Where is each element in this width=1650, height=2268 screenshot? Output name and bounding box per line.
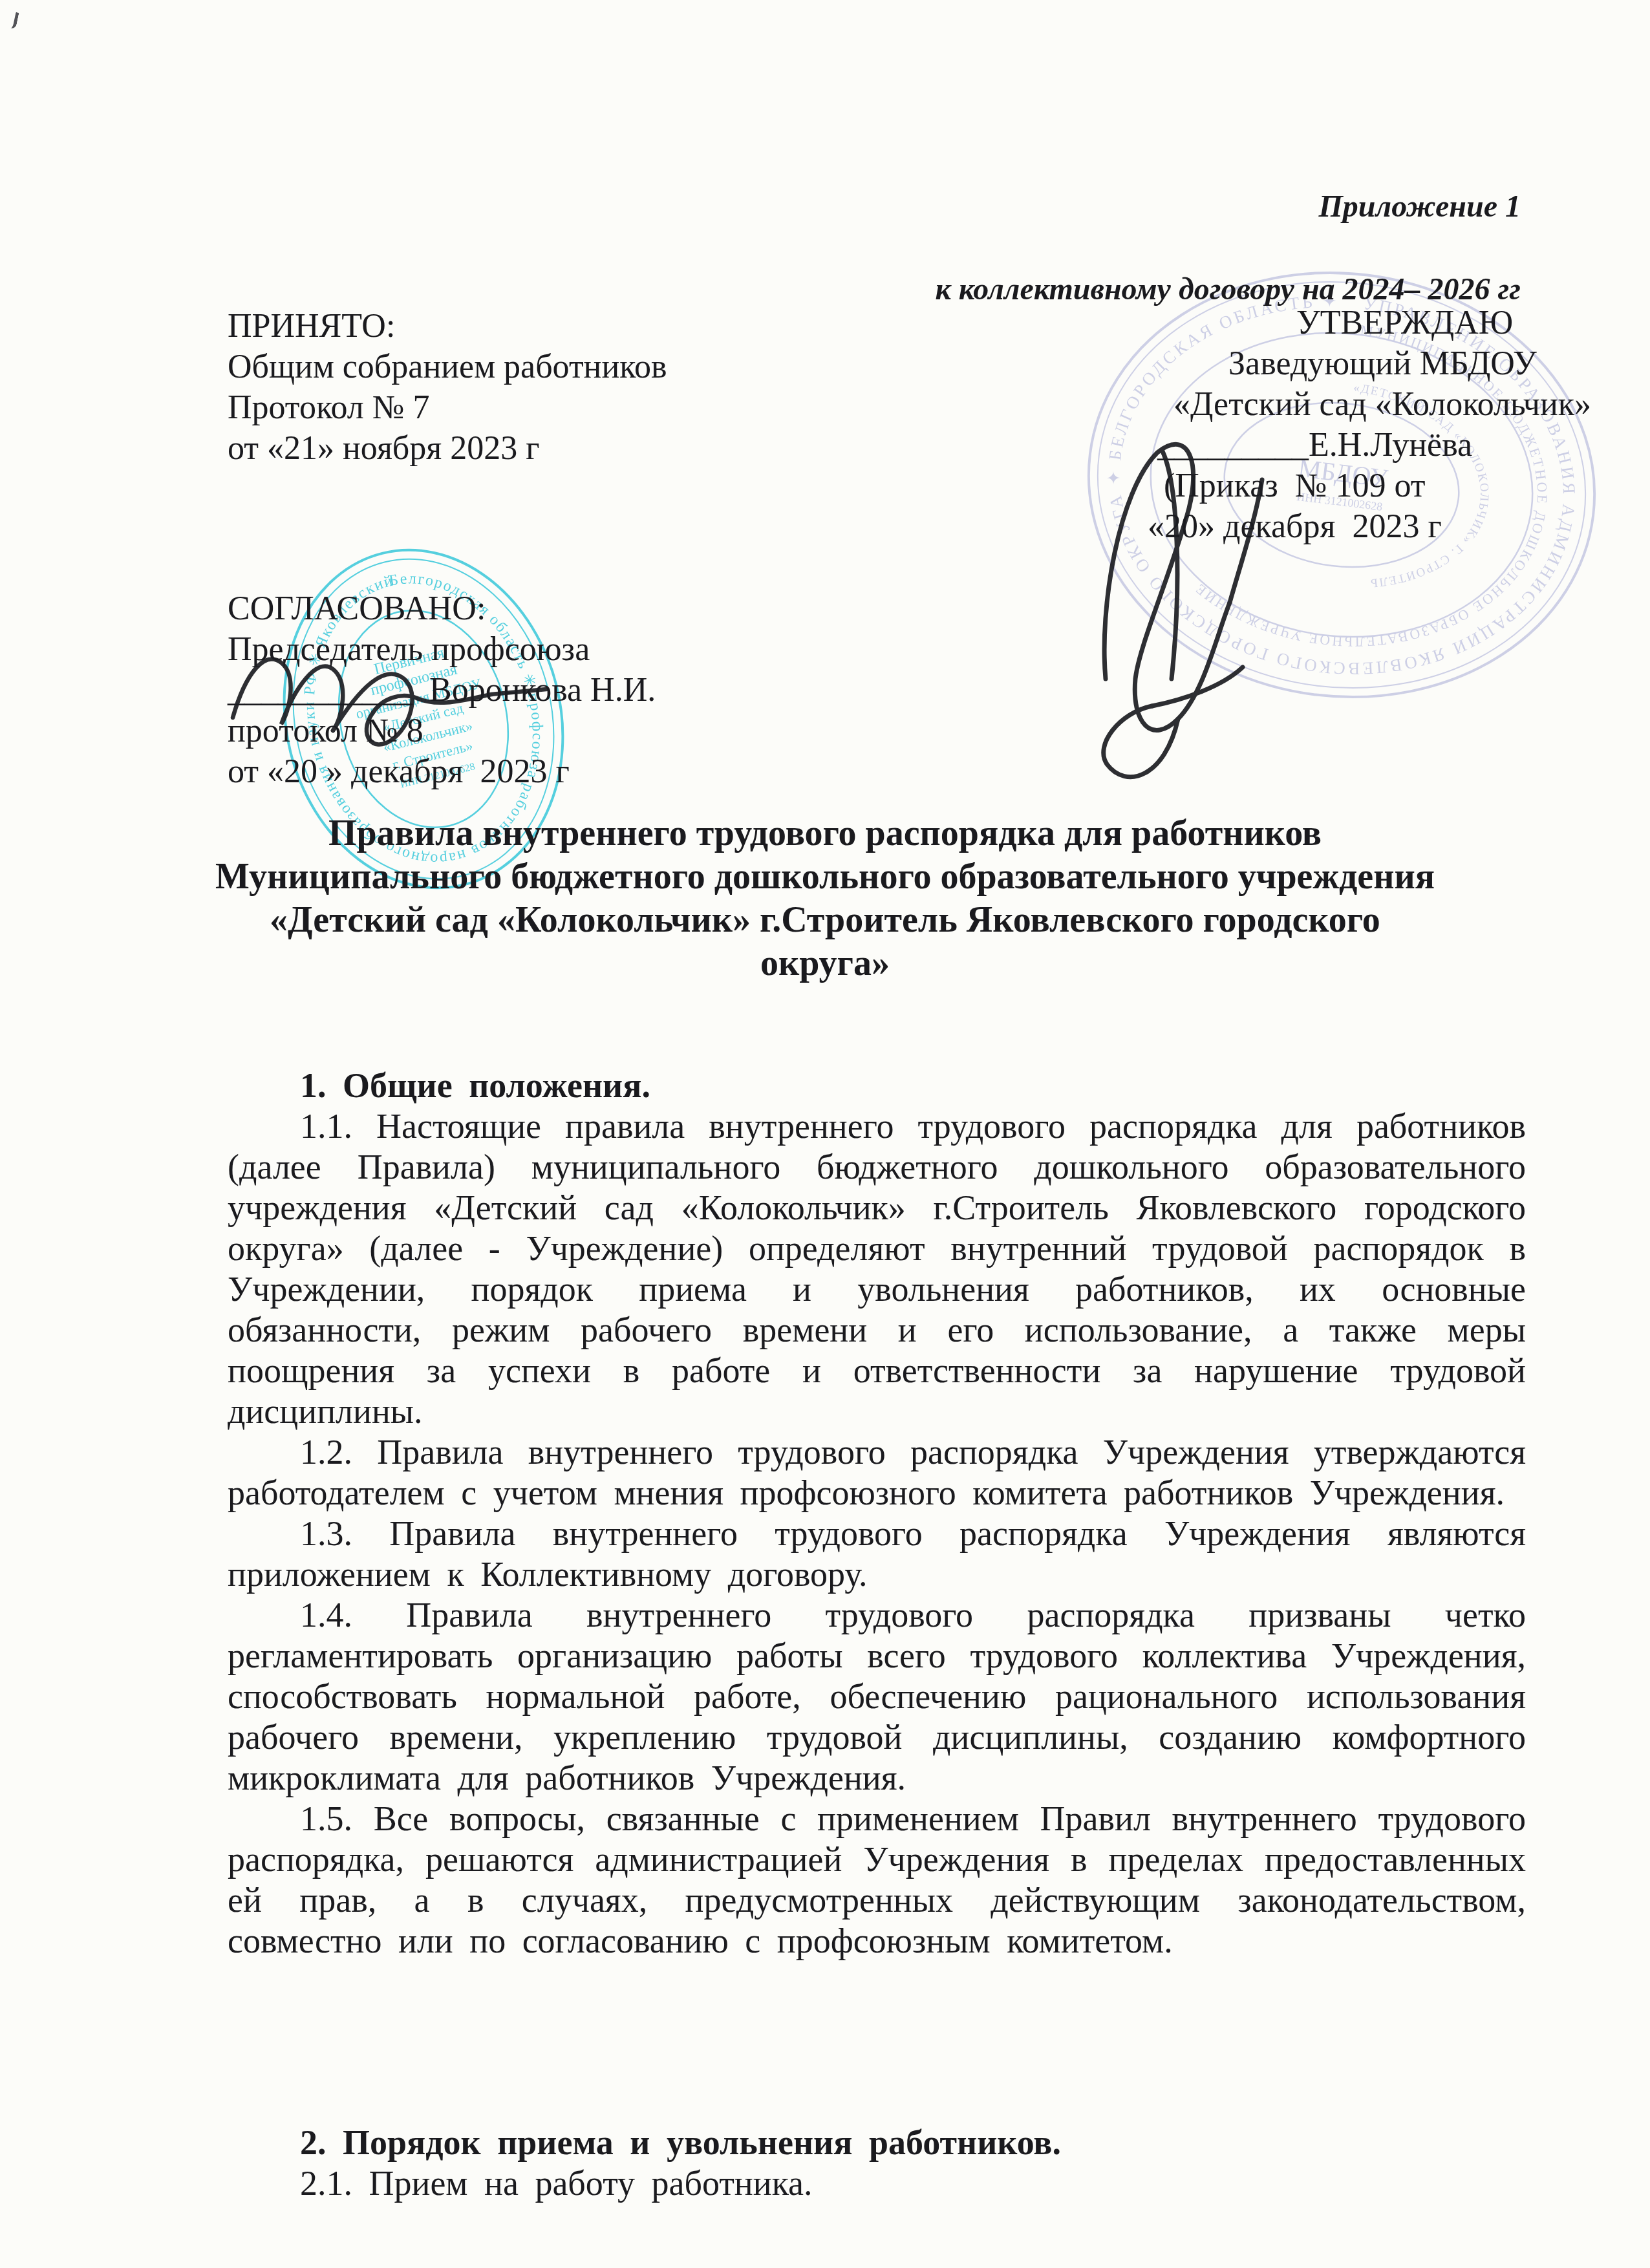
title-line-1: Правила внутреннего трудового распорядка… [101,812,1549,855]
paragraph-1-5: 1.5. Все вопросы, связанные с применение… [228,1799,1526,1962]
paragraph-2-1: 2.1. Прием на работу работника. [228,2163,1526,2204]
document-page: УПРАВЛЕНИЕ ОБРАЗОВАНИЯ АДМИНИСТРАЦИИ ЯКО… [0,0,1650,2268]
accepted-line-2: Протокол № 7 [228,389,429,427]
agreed-line-1: Председатель профсоюза [228,630,590,669]
accepted-line-3: от «21» ноября 2023 г [228,429,540,468]
appendix-line-2: к коллективному договору на 2024– 2026 г… [936,272,1521,306]
paragraph-1-3: 1.3. Правила внутреннего трудового распо… [228,1514,1526,1595]
title-line-2: Муниципального бюджетного дошкольного об… [101,855,1549,899]
appendix-line-1: Приложение 1 [1319,189,1521,224]
accepted-line-1: Общим собранием работников [228,348,667,387]
scan-artifact [6,11,19,30]
agreed-line-3: протокол № 8 [228,712,423,751]
title-line-4: округа» [101,942,1549,985]
approved-order-line: (Приказ № 109 от [1164,467,1425,506]
agreed-title: СОГЛАСОВАНО: [228,590,486,628]
section-1: 1. Общие положения. 1.1. Настоящие прави… [228,1065,1526,1962]
paragraph-1-4: 1.4. Правила внутреннего трудового распо… [228,1595,1526,1799]
agreed-line-4: от «20 » декабря 2023 г [228,753,570,791]
approved-line-1: Заведующий МБДОУ [1228,345,1537,383]
title-line-3: «Детский сад «Колокольчик» г.Строитель Я… [101,899,1549,942]
accepted-title: ПРИНЯТО: [228,307,395,346]
paragraph-1-2: 1.2. Правила внутреннего трудового распо… [228,1432,1526,1514]
section-2: 2. Порядок приема и увольнения работнико… [228,2123,1526,2204]
approved-line-2: «Детский сад «Колокольчик» [1173,385,1591,424]
document-title: Правила внутреннего трудового распорядка… [101,812,1549,985]
approved-signature-line: _________Е.Н.Лунёва [1157,426,1472,465]
approved-title: УТВЕРЖДАЮ [1296,304,1513,343]
approved-date-line: «20» декабря 2023 г [1148,508,1442,546]
appendix-header: Приложение 1 к коллективному договору на… [936,186,1521,310]
paragraph-1-1: 1.1. Настоящие правила внутреннего трудо… [228,1106,1526,1432]
section-2-heading: 2. Порядок приема и увольнения работнико… [228,2123,1526,2163]
agreed-signature-line: ___________ Воронкова Н.И. [228,671,656,710]
section-1-heading: 1. Общие положения. [228,1065,1526,1106]
